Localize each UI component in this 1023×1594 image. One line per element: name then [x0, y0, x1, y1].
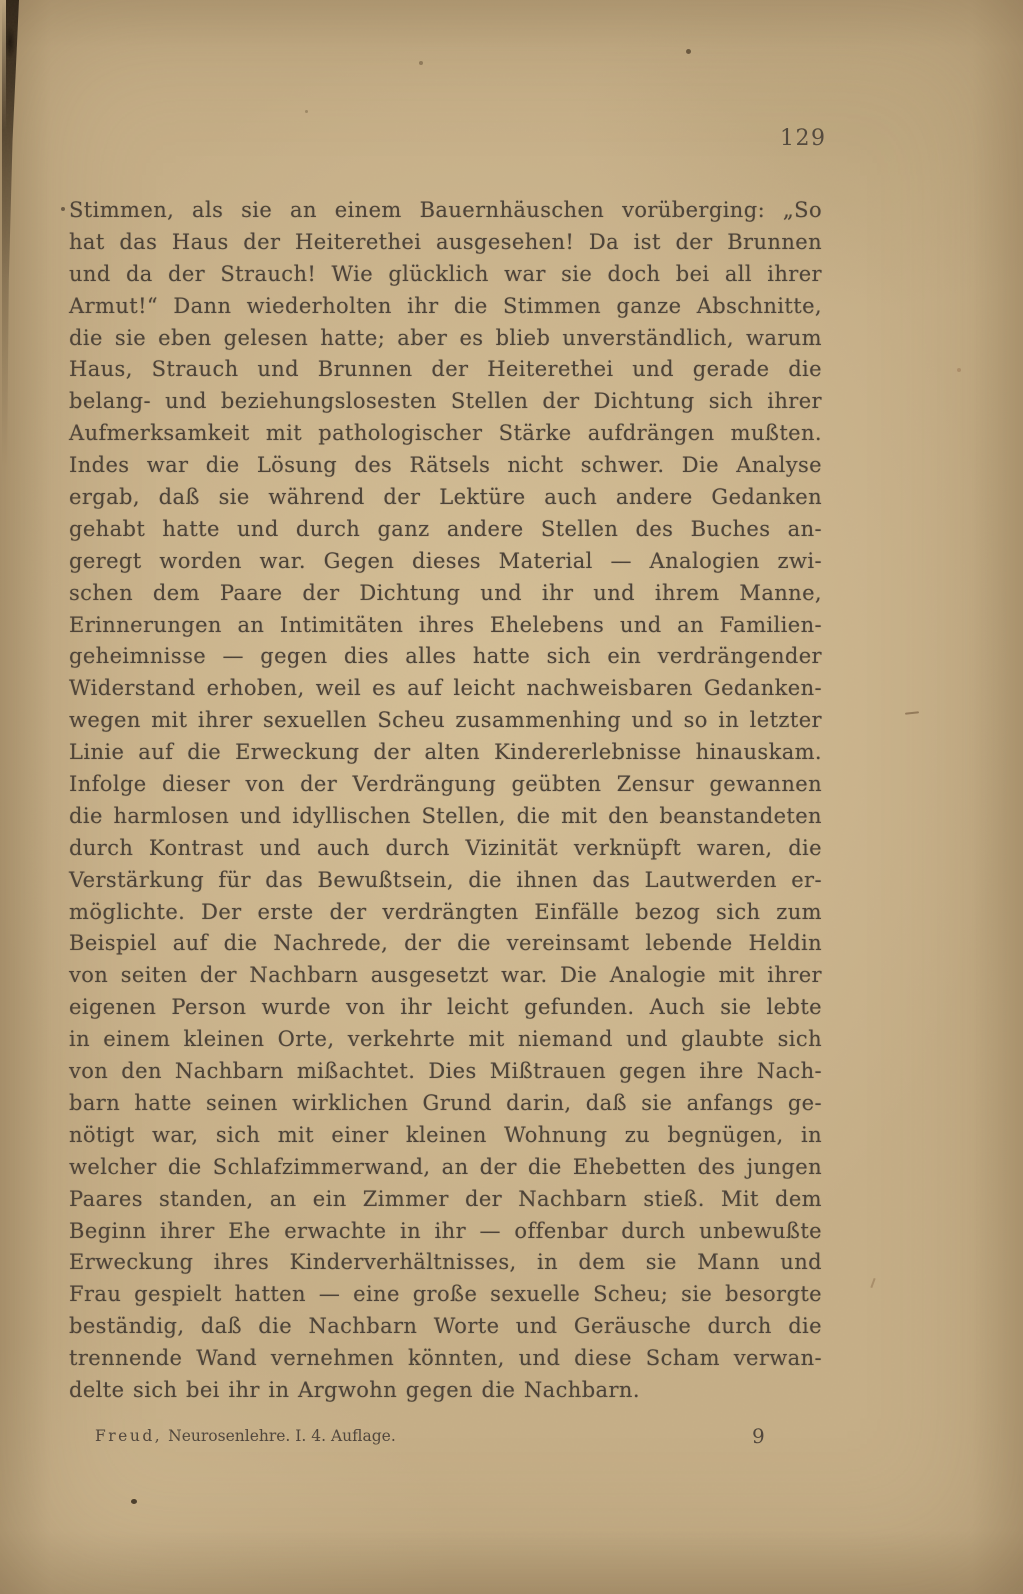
text-line: geheimnisse — gegen dies alles hatte sic… — [69, 641, 822, 673]
text-line: durch Kontrast und auch durch Vizinität … — [69, 833, 822, 865]
text-line: delte sich bei ihr in Argwohn gegen die … — [69, 1375, 822, 1407]
book-page-scan: 129 Stimmen, als sie an einem Bauernhäus… — [0, 0, 1023, 1594]
text-line: geregt worden war. Gegen dieses Material… — [69, 546, 822, 578]
text-line: Armut!“ Dann wiederholten ihr die Stimme… — [69, 291, 822, 323]
footer-citation: Freud,Neurosenlehre. I. 4. Auflage. — [95, 1427, 396, 1445]
text-line: hat das Haus der Heiterethei ausgesehen!… — [69, 227, 822, 259]
text-line: von seiten der Nachbarn ausgesetzt war. … — [69, 960, 822, 992]
footer-signature: 9 — [752, 1424, 765, 1448]
text-line: Erinnerungen an Intimitäten ihres Eheleb… — [69, 610, 822, 642]
ink-speck — [61, 207, 65, 211]
page-edge-sliver — [0, 0, 6, 130]
text-line: die sie eben gelesen hatte; aber es blie… — [69, 323, 822, 355]
text-line: möglichte. Der erste der verdrängten Ein… — [69, 897, 822, 929]
text-line: Frau gespielt hatten — eine große sexuel… — [69, 1279, 822, 1311]
text-line: trennende Wand vernehmen könnten, und di… — [69, 1343, 822, 1375]
page-footer: Freud,Neurosenlehre. I. 4. Auflage. 9 — [69, 1424, 822, 1448]
ink-speck — [957, 368, 961, 372]
text-line: in einem kleinen Orte, verkehrte mit nie… — [69, 1024, 822, 1056]
page-number: 129 — [780, 126, 827, 151]
text-line: Haus, Strauch und Brunnen der Heiterethe… — [69, 354, 822, 386]
text-line: Paares standen, an ein Zimmer der Nachba… — [69, 1184, 822, 1216]
text-line: belang- und beziehungslosesten Stellen d… — [69, 386, 822, 418]
ink-speck — [686, 49, 691, 54]
footer-work: Neurosenlehre. I. 4. Auflage. — [168, 1427, 396, 1445]
text-line: schen dem Paare der Dichtung und ihr und… — [69, 578, 822, 610]
text-line: gehabt hatte und durch ganz andere Stell… — [69, 514, 822, 546]
text-line: Beispiel auf die Nachrede, der die verei… — [69, 928, 822, 960]
text-line: Indes war die Lösung des Rätsels nicht s… — [69, 450, 822, 482]
text-line: und da der Strauch! Wie glücklich war si… — [69, 259, 822, 291]
text-line: eigenen Person wurde von ihr leicht gefu… — [69, 992, 822, 1024]
text-line: barn hatte seinen wirklichen Grund darin… — [69, 1088, 822, 1120]
text-line: ergab, daß sie während der Lektüre auch … — [69, 482, 822, 514]
ink-speck — [419, 61, 423, 65]
text-line: von den Nachbarn mißachtet. Dies Mißtrau… — [69, 1056, 822, 1088]
text-line: Beginn ihrer Ehe erwachte in ihr — offen… — [69, 1216, 822, 1248]
text-line: Infolge dieser von der Verdrängung geübt… — [69, 769, 822, 801]
ink-speck — [131, 1499, 137, 1504]
text-line: welcher die Schlafzimmerwand, an der die… — [69, 1152, 822, 1184]
ink-speck — [305, 110, 308, 113]
text-line: Verstärkung für das Bewußtsein, die ihne… — [69, 865, 822, 897]
page-text: Stimmen, als sie an einem Bauernhäuschen… — [69, 195, 822, 1407]
paper-fiber — [870, 1278, 875, 1288]
text-line: Linie auf die Erweckung der alten Kinder… — [69, 737, 822, 769]
pencil-dash — [905, 711, 919, 714]
text-line: Stimmen, als sie an einem Bauernhäuschen… — [69, 195, 822, 227]
text-line: beständig, daß die Nachbarn Worte und Ge… — [69, 1311, 822, 1343]
text-line: Aufmerksamkeit mit pathologischer Stärke… — [69, 418, 822, 450]
text-line: wegen mit ihrer sexuellen Scheu zusammen… — [69, 705, 822, 737]
text-line: die harmlosen und idyllischen Stellen, d… — [69, 801, 822, 833]
text-line: Widerstand erhoben, weil es auf leicht n… — [69, 673, 822, 705]
text-line: nötigt war, sich mit einer kleinen Wohnu… — [69, 1120, 822, 1152]
text-line: Erweckung ihres Kinderverhältnisses, in … — [69, 1247, 822, 1279]
footer-author: Freud, — [95, 1427, 162, 1445]
